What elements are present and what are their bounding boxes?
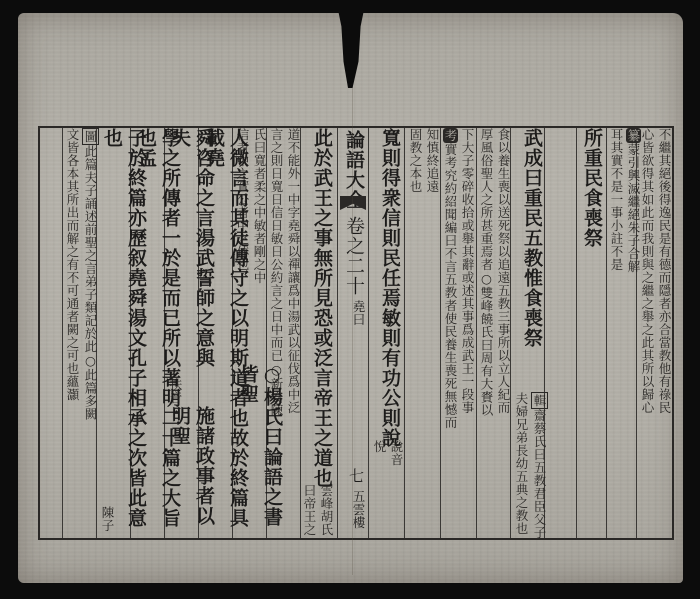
note-line: 雲峰胡氏 [319, 484, 334, 536]
column-16-notes: 圖此篇夫子誦述前聖之言弟子類記於此○此篇多闕 文皆各本其所出而解之有不可通者闕之… [65, 128, 99, 421]
note-label: 輯 [531, 392, 548, 409]
column-rule [440, 128, 441, 538]
note-line: 陳子 [100, 506, 115, 532]
center-column-rule [337, 128, 338, 538]
note-line: 下大子零碎收拾或舉其辭或述其事爲成武王一段事 [460, 128, 475, 429]
column-rule [476, 128, 477, 538]
column-15-notes: 陳子 [100, 506, 115, 532]
note-line: 纂蒙引興滅繼絕朱子合解 [626, 128, 641, 273]
volume-label-wrap: 卷之二十 [340, 216, 366, 296]
leaf-number-wrap: 七 [340, 468, 366, 484]
column-8-notes: 說音 悅 [372, 440, 404, 466]
paper-crease [352, 85, 353, 575]
chapter-label: 堯曰 [351, 300, 366, 326]
column-8-main: 寬則得衆信則民任焉敏則有功公則說 [372, 128, 402, 538]
note-line: 耳其實不是一事小註不是 [609, 128, 624, 273]
column-5-notes: 食以養生喪以送死祭以追遠五教三事所以立人紀而 厚風俗聖人之所甚重焉者○雙峰饒氏曰… [479, 128, 511, 417]
note-line: 說音 [389, 440, 404, 466]
column-4-notes: 輯齋蔡氏曰五教君臣父子 夫婦兄弟長幼五典之教也 [514, 392, 548, 539]
column-9-notes: 雲峰胡氏 曰帝王之 [302, 484, 334, 536]
note-line: 心皆欲得其如此而我則與之繼之舉之此其所以歸心 [640, 128, 655, 414]
tag-label: 考 [443, 128, 458, 143]
column-7-notes: 知慎終追遠 固教之本也 [408, 128, 440, 193]
note-line: 厚風俗聖人之所甚重焉者○雙峰饒氏曰周有大賚以 [479, 128, 494, 417]
note-line: 道不能外一中字堯舜以禪讓爲中湯武以征伐爲中泛 [286, 128, 301, 417]
note-line: 氏曰寬者柔之中敏者剛之中 [252, 128, 267, 284]
column-9-main: 此於武王之事無所見恐或泛言帝王之道也 [304, 128, 334, 538]
volume-label: 卷之二十 [343, 216, 365, 296]
publisher-name: 五雲樓 [351, 490, 366, 529]
note-line: 不繼其絕後得逸民是有德而隱者亦合當教他有祿民 [657, 128, 672, 414]
column-15-main: 子於終篇亦歷叙堯舜湯文孔子相承之次皆此意也 [100, 128, 148, 538]
note-line: 圖此篇夫子誦述前聖之言弟子類記於此○此篇多闕 [82, 128, 99, 421]
chapter-label-wrap: 堯曰 [356, 300, 368, 326]
column-rule [404, 128, 405, 538]
publisher-wrap: 五雲樓 [352, 490, 368, 529]
column-1-notes: 不繼其絕後得逸民是有德而隱者亦合當教他有祿民 心皆欲得其如此而我則與之繼之舉之此… [640, 128, 672, 414]
note-line: 夫婦兄弟長幼五典之教也 [514, 392, 529, 539]
tag-label: 纂 [626, 128, 641, 143]
column-6-notes: 下大子零碎收拾或舉其辭或述其事爲成武王一段事 考實考究約紹聞編曰不言五教者使民養… [443, 128, 475, 429]
column-rule [606, 128, 607, 538]
note-line: 輯齋蔡氏曰五教君臣父子 [531, 392, 548, 539]
column-3-main: 所重民食喪祭 [580, 128, 604, 538]
column-rule [576, 128, 577, 538]
note-line: 考實考究約紹聞編曰不言五教者使民養生喪死無憾而 [443, 128, 458, 429]
note-line: 悅 [372, 440, 387, 466]
note-line: 曰帝王之 [302, 484, 317, 536]
note-label: 圖 [82, 128, 99, 145]
note-line: 知慎終追遠 [425, 128, 440, 193]
column-rule [62, 128, 63, 538]
note-line: 食以養生喪以送死祭以追遠五教三事所以立人紀而 [496, 128, 511, 417]
column-2-notes: 纂蒙引興滅繼絕朱子合解 耳其實不是一事小註不是 [609, 128, 641, 273]
note-line: 固教之本也 [408, 128, 423, 193]
leaf-number: 七 [347, 468, 365, 484]
center-column-rule [368, 128, 369, 538]
note-line: 文皆各本其所出而解之有不可通者闕之可也蘊灝 [65, 128, 80, 421]
